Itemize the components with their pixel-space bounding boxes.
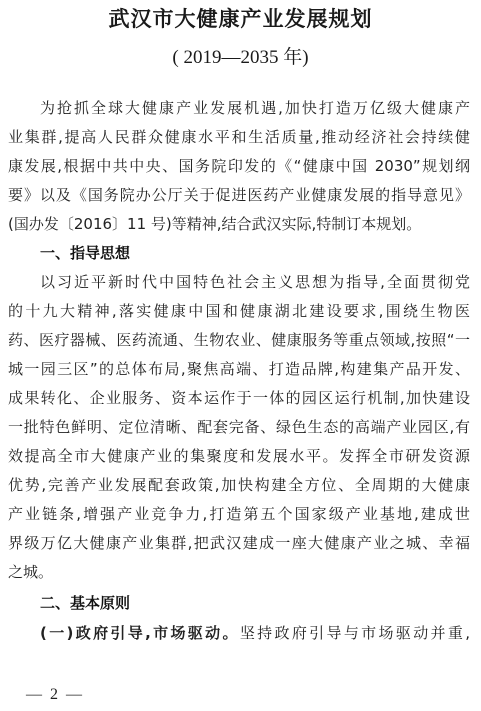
paragraph-line: 以习近平新时代中国特色社会主义思想为指导,全面贯彻党 (40, 267, 470, 297)
page-number: — 2 — (26, 686, 84, 704)
paragraph-line: 的十九大精神,落实健康中国和健康湖北建设要求,围绕生物医 (8, 296, 470, 326)
paragraph-line: 界级万亿大健康产业集群,把武汉建成一座大健康产业之城、幸福 (8, 528, 470, 558)
paragraph-line: 一批特色鲜明、定位清晰、配套完备、绿色生态的高端产业园区,有 (8, 412, 470, 442)
paragraph-line: 成果转化、企业服务、资本运作于一体的园区运行机制,加快建设 (8, 383, 470, 413)
document-page: 武汉市大健康产业发展规划 ( 2019—2035 年) 为抢抓全球大健康产业发展… (0, 0, 481, 711)
paragraph-line: 之城。 (8, 557, 470, 587)
preamble-line: 为抢抓全球大健康产业发展机遇,加快打造万亿级大健康产 (40, 93, 470, 123)
paragraph-line: 优势,完善产业发展配套政策,加快构建全方位、全周期的大健康 (8, 470, 470, 500)
preamble-line: (国办发〔2016〕11 号)等精神,结合武汉实际,特制订本规划。 (8, 209, 470, 239)
preamble-line: 业集群,提高人民群众健康水平和生活质量,推动经济社会持续健 (8, 122, 470, 152)
principle-text: 坚持政府引导与市场驱动并重, (240, 624, 470, 642)
document-subtitle: ( 2019—2035 年) (0, 44, 481, 72)
preamble-line: 要》以及《国务院办公厅关于促进医药产业健康发展的指导意见》 (8, 180, 470, 210)
section-heading-guiding-ideology: 一、指导思想 (40, 238, 130, 268)
principle-line: (一)政府引导,市场驱动。坚持政府引导与市场驱动并重, (40, 618, 470, 648)
paragraph-line: 药、医疗器械、医药流通、生物农业、健康服务等重点领域,按照“一 (8, 325, 470, 355)
paragraph-line: 产业链条,增强产业竞争力,打造第五个国家级产业基地,建成世 (8, 499, 470, 529)
paragraph-line: 效提高全市大健康产业的集聚度和发展水平。发挥全市研发资源 (8, 441, 470, 471)
principle-title: (一)政府引导,市场驱动。 (40, 624, 240, 642)
section-heading-basic-principles: 二、基本原则 (40, 588, 130, 618)
preamble-line: 康发展,根据中共中央、国务院印发的《“健康中国 2030”规划纲 (8, 151, 470, 181)
paragraph-line: 城一园三区”的总体布局,聚焦高端、打造品牌,构建集产品开发、 (8, 354, 470, 384)
document-title: 武汉市大健康产业发展规划 (0, 4, 481, 34)
